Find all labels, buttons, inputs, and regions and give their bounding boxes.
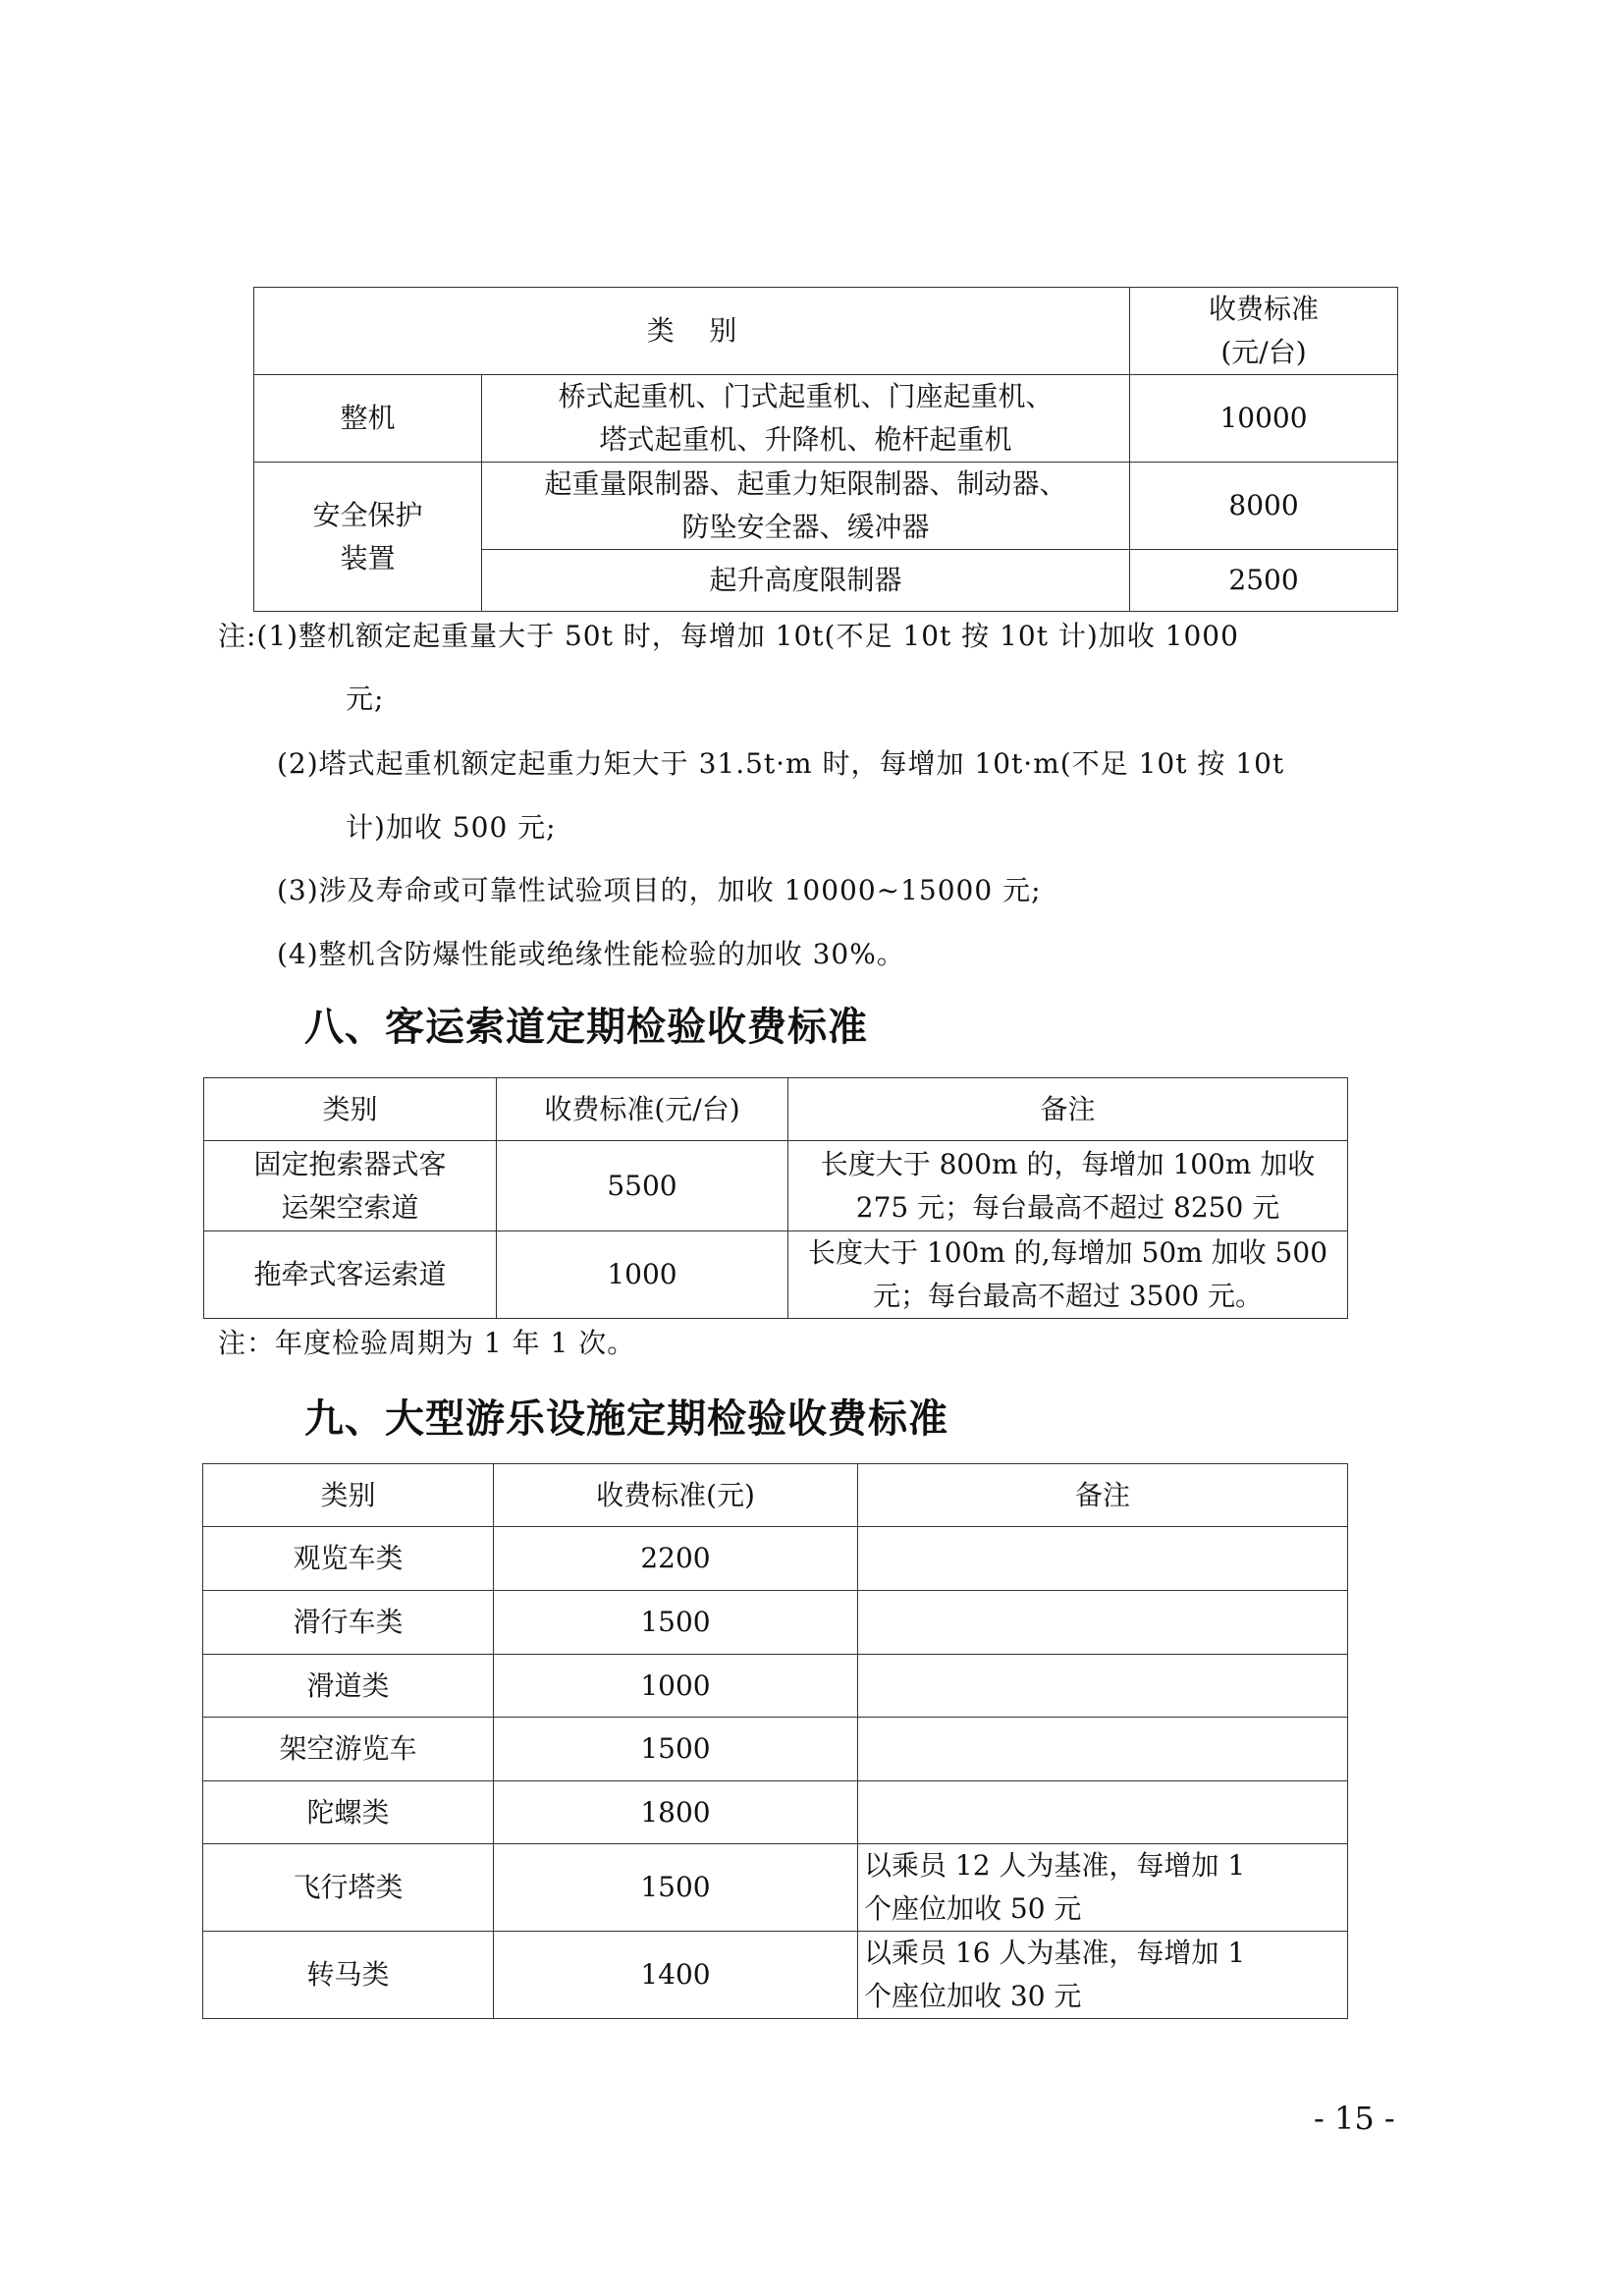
fee-cell: 2500 [1130, 550, 1398, 612]
items-cell: 起升高度限制器 [482, 550, 1130, 612]
category-cell: 架空游览车 [203, 1718, 494, 1781]
items-line: 桥式起重机、门式起重机、门座起重机、 [488, 375, 1123, 418]
remark-cell: 以乘员 12 人为基准，每增加 1 个座位加收 50 元 [858, 1844, 1348, 1932]
header-category: 类 别 [254, 288, 1130, 375]
category-line: 固定抱索器式客 [210, 1143, 490, 1186]
header-fee: 收费标准(元) [494, 1464, 858, 1527]
items-cell: 桥式起重机、门式起重机、门座起重机、 塔式起重机、升降机、桅杆起重机 [482, 375, 1130, 463]
items-cell: 起重量限制器、起重力矩限制器、制动器、 防坠安全器、缓冲器 [482, 463, 1130, 550]
items-line: 塔式起重机、升降机、桅杆起重机 [488, 418, 1123, 462]
fee-cell: 1800 [494, 1781, 858, 1844]
category-cell: 转马类 [203, 1932, 494, 2019]
header-fee-line2: (元/台) [1136, 331, 1391, 374]
remark-cell [858, 1527, 1348, 1591]
remark-line: 以乘员 12 人为基准，每增加 1 [864, 1844, 1341, 1887]
remark-cell: 长度大于 100m 的,每增加 50m 加收 500 元；每台最高不超过 350… [788, 1231, 1348, 1319]
header-remark: 备注 [858, 1464, 1348, 1527]
remark-cell: 长度大于 800m 的，每增加 100m 加收 275 元；每台最高不超过 82… [788, 1141, 1348, 1231]
group-whole-machine: 整机 [254, 375, 482, 463]
amusement-fee-table: 类别 收费标准(元) 备注 观览车类 2200 滑行车类 1500 滑道类 10… [202, 1463, 1348, 2019]
fee-cell: 1500 [494, 1718, 858, 1781]
note-1-line1: 注:(1)整机额定起重量大于 50t 时，每增加 10t(不足 10t 按 10… [218, 617, 1239, 656]
fee-cell: 1000 [494, 1655, 858, 1718]
category-cell: 飞行塔类 [203, 1844, 494, 1932]
table-row: 滑道类 1000 [203, 1655, 1348, 1718]
items-line: 起重量限制器、起重力矩限制器、制动器、 [488, 463, 1123, 506]
fee-cell: 1400 [494, 1932, 858, 2019]
category-cell: 陀螺类 [203, 1781, 494, 1844]
category-cell: 滑道类 [203, 1655, 494, 1718]
fee-cell: 2200 [494, 1527, 858, 1591]
remark-line: 元；每台最高不超过 3500 元。 [794, 1275, 1341, 1318]
ropeway-fee-table: 类别 收费标准(元/台) 备注 固定抱索器式客 运架空索道 5500 长度大于 … [203, 1077, 1348, 1319]
category-cell: 固定抱索器式客 运架空索道 [204, 1141, 497, 1231]
header-remark: 备注 [788, 1078, 1348, 1141]
remark-cell [858, 1591, 1348, 1655]
fee-cell: 8000 [1130, 463, 1398, 550]
section-8-note: 注：年度检验周期为 1 年 1 次。 [218, 1324, 635, 1363]
section-8-heading: 八、客运索道定期检验收费标准 [304, 996, 868, 1052]
table-row: 观览车类 2200 [203, 1527, 1348, 1591]
section-9-heading: 九、大型游乐设施定期检验收费标准 [304, 1388, 948, 1444]
header-fee: 收费标准 (元/台) [1130, 288, 1398, 375]
remark-cell: 以乘员 16 人为基准，每增加 1 个座位加收 30 元 [858, 1932, 1348, 2019]
remark-line: 长度大于 100m 的,每增加 50m 加收 500 [794, 1231, 1341, 1275]
fee-cell: 1000 [497, 1231, 788, 1319]
fee-cell: 1500 [494, 1591, 858, 1655]
header-category: 类别 [203, 1464, 494, 1527]
note-4: (4)整机含防爆性能或绝缘性能检验的加收 30%。 [277, 935, 905, 974]
remark-cell [858, 1718, 1348, 1781]
fee-cell: 5500 [497, 1141, 788, 1231]
header-fee-line1: 收费标准 [1136, 288, 1391, 331]
remark-cell [858, 1655, 1348, 1718]
group-safety-device: 安全保护 装置 [254, 463, 482, 612]
table-row: 滑行车类 1500 [203, 1591, 1348, 1655]
page-number: - 15 - [1314, 2100, 1395, 2137]
note-1-line2: 元; [346, 680, 384, 719]
group-line: 安全保护 [260, 494, 475, 537]
category-cell: 滑行车类 [203, 1591, 494, 1655]
category-cell: 拖牵式客运索道 [204, 1231, 497, 1319]
remark-line: 个座位加收 30 元 [864, 1975, 1341, 2018]
table-row: 架空游览车 1500 [203, 1718, 1348, 1781]
fee-cell: 1500 [494, 1844, 858, 1932]
remark-line: 275 元；每台最高不超过 8250 元 [794, 1186, 1341, 1230]
remark-line: 以乘员 16 人为基准，每增加 1 [864, 1932, 1341, 1975]
header-fee: 收费标准(元/台) [497, 1078, 788, 1141]
header-category: 类别 [204, 1078, 497, 1141]
note-2-line2: 计)加收 500 元; [346, 808, 557, 847]
crane-fee-table: 类 别 收费标准 (元/台) 整机 桥式起重机、门式起重机、门座起重机、 塔式起… [253, 287, 1398, 612]
table-row: 陀螺类 1800 [203, 1781, 1348, 1844]
note-3: (3)涉及寿命或可靠性试验项目的，加收 10000~15000 元; [277, 871, 1042, 910]
remark-cell [858, 1781, 1348, 1844]
fee-cell: 10000 [1130, 375, 1398, 463]
category-cell: 观览车类 [203, 1527, 494, 1591]
category-line: 运架空索道 [210, 1186, 490, 1230]
table-row: 飞行塔类 1500 以乘员 12 人为基准，每增加 1 个座位加收 50 元 [203, 1844, 1348, 1932]
group-line: 装置 [260, 537, 475, 580]
items-line: 防坠安全器、缓冲器 [488, 506, 1123, 549]
note-2-line1: (2)塔式起重机额定起重力矩大于 31.5t·m 时，每增加 10t·m(不足 … [277, 744, 1284, 784]
table-row: 转马类 1400 以乘员 16 人为基准，每增加 1 个座位加收 30 元 [203, 1932, 1348, 2019]
remark-line: 长度大于 800m 的，每增加 100m 加收 [794, 1143, 1341, 1186]
remark-line: 个座位加收 50 元 [864, 1887, 1341, 1931]
